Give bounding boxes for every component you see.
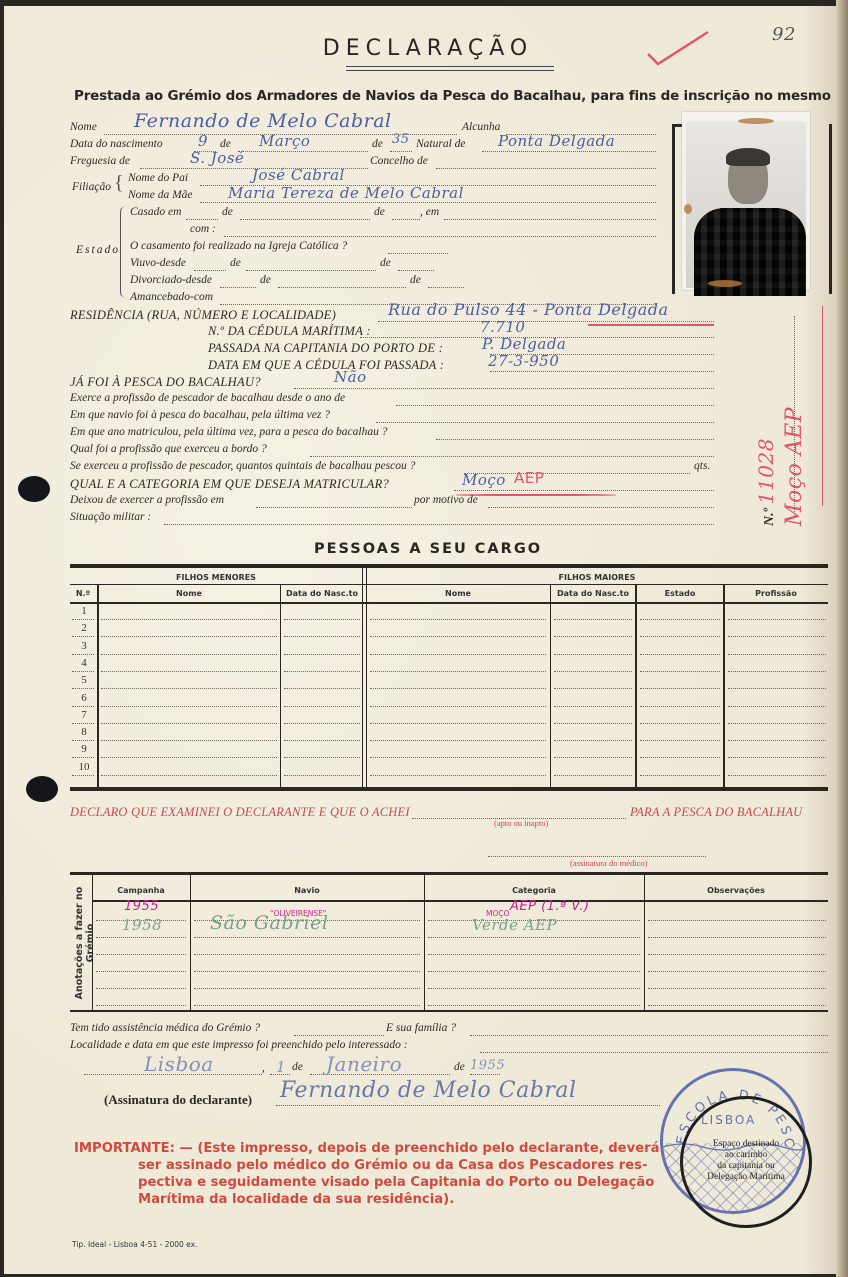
annotation-cell[interactable] [194, 988, 420, 989]
freguesia-field[interactable]: S. José [190, 149, 244, 167]
dependent-cell[interactable] [370, 740, 546, 741]
dependent-cell[interactable] [101, 775, 277, 776]
col-observacoes: Observações [644, 886, 828, 895]
militar-field[interactable] [164, 524, 714, 525]
col-nome-maior: Nome [366, 589, 550, 598]
annotation-cell[interactable] [96, 937, 186, 938]
title-underline [346, 66, 554, 71]
dependent-cell[interactable] [101, 636, 277, 637]
col-categoria: Categoria [424, 886, 644, 895]
dependent-cell[interactable] [554, 706, 632, 707]
ann-row2-navio[interactable]: São Gabriel [210, 912, 328, 934]
assinatura-field[interactable]: Fernando de Melo Cabral [280, 1078, 577, 1103]
annotation-cell[interactable] [428, 937, 640, 938]
printer-credit: Tip. Ideal - Lisboa 4-51 - 2000 ex. [72, 1240, 197, 1249]
cedula-label: N.º DA CÉDULA MARÍTIMA : [208, 324, 371, 339]
dependent-cell[interactable] [640, 740, 720, 741]
row-divider [72, 757, 94, 758]
capitania-field[interactable]: P. Delgada [482, 335, 566, 353]
dependent-cell[interactable] [554, 671, 632, 672]
id-photo [682, 112, 810, 290]
col-nome-menor: Nome [98, 589, 280, 598]
row-number: 5 [72, 674, 96, 686]
assistencia-field[interactable] [294, 1035, 384, 1036]
annotation-cell[interactable] [648, 971, 826, 972]
dependent-cell[interactable] [554, 619, 632, 620]
annotation-cell[interactable] [194, 954, 420, 955]
dependent-cell[interactable] [284, 723, 360, 724]
cedula-field[interactable]: 7.710 [480, 318, 525, 336]
dependent-cell[interactable] [370, 636, 546, 637]
row-divider [72, 671, 94, 672]
page-edge [836, 0, 848, 1277]
nome-field[interactable]: Fernando de Melo Cabral [134, 110, 392, 132]
dependent-cell[interactable] [640, 671, 720, 672]
annotation-cell[interactable] [96, 954, 186, 955]
assinatura-medico-field[interactable] [488, 856, 706, 857]
dependent-cell[interactable] [728, 619, 826, 620]
concelho-field[interactable] [436, 168, 656, 169]
annotation-cell[interactable] [96, 1005, 186, 1006]
categoria-label: QUAL E A CATEGORIA EM QUE DESEJA MATRICU… [70, 477, 389, 492]
natural-label: Natural de [416, 138, 466, 150]
dependent-cell[interactable] [101, 671, 277, 672]
deixou-label: Deixou de exercer a profissão em [70, 494, 224, 506]
ano-field[interactable]: 1955 [470, 1058, 505, 1073]
dependent-cell[interactable] [640, 654, 720, 655]
dependent-cell[interactable] [640, 636, 720, 637]
form-page: 92 DECLARAÇÃO Prestada ao Grémio dos Arm… [4, 6, 836, 1274]
ann-row1-campanha[interactable]: 1955 [124, 899, 159, 914]
row-divider [72, 723, 94, 724]
dependent-cell[interactable] [640, 757, 720, 758]
dependent-cell[interactable] [728, 757, 826, 758]
divorciado-field[interactable] [428, 287, 464, 288]
residencia-label: RESIDÊNCIA (RUA, NÚMERO E LOCALIDADE) [70, 308, 336, 323]
navio-label: Em que navio foi à pesca do bacalhau, pe… [70, 409, 330, 421]
dependent-cell[interactable] [640, 688, 720, 689]
qts-label: qts. [694, 460, 710, 472]
col-navio: Navio [190, 886, 424, 895]
col-campanha: Campanha [92, 886, 190, 895]
annotation-cell[interactable] [648, 1005, 826, 1006]
row-divider [72, 654, 94, 655]
filhos-maiores-header: FILHOS MAIORES [366, 573, 828, 582]
col-estado: Estado [636, 589, 724, 598]
dependent-cell[interactable] [370, 706, 546, 707]
para-pesca-text: PARA A PESCA DO BACALHAU [630, 805, 802, 820]
localidade-label: Localidade e data em que este impresso f… [70, 1039, 408, 1051]
de-label: de [230, 257, 241, 269]
dependent-cell[interactable] [284, 706, 360, 707]
nascimento-label: Data do nascimento [70, 138, 163, 150]
nome-label: Nome [70, 121, 97, 133]
concelho-label: Concelho de [370, 155, 428, 167]
annotation-cell[interactable] [648, 988, 826, 989]
row-divider [72, 636, 94, 637]
dependent-cell[interactable] [101, 654, 277, 655]
dependent-cell[interactable] [728, 654, 826, 655]
dependent-cell[interactable] [554, 740, 632, 741]
importante-note: IMPORTANTE: — (Este impresso, depois de … [74, 1140, 684, 1208]
motivo-field[interactable] [488, 507, 714, 508]
dependent-cell[interactable] [728, 671, 826, 672]
row-number: 10 [72, 761, 96, 773]
dependent-cell[interactable] [728, 688, 826, 689]
dependent-cell[interactable] [554, 757, 632, 758]
row-number: 6 [72, 692, 96, 704]
nascimento-mes-field[interactable]: Março [259, 132, 310, 150]
dependent-cell[interactable] [284, 757, 360, 758]
apto-hint: (apto ou inapto) [494, 818, 548, 828]
de-label: de [292, 1061, 303, 1073]
de-label: de [410, 274, 421, 286]
ja-foi-field[interactable]: Não [334, 368, 367, 386]
mes-field[interactable]: Janeiro [326, 1052, 402, 1076]
dia-field[interactable]: 1 [276, 1058, 286, 1076]
dependent-cell[interactable] [554, 654, 632, 655]
annotation-cell[interactable] [648, 954, 826, 955]
dependent-cell[interactable] [284, 636, 360, 637]
dependent-cell[interactable] [640, 775, 720, 776]
ano-label: Em que ano matriculou, pela última vez, … [70, 426, 388, 438]
categoria-field[interactable]: Moço [462, 471, 506, 489]
dependent-cell[interactable] [640, 706, 720, 707]
annotation-cell[interactable] [428, 954, 640, 955]
navio-field[interactable] [376, 422, 714, 423]
annotation-cell[interactable] [194, 1005, 420, 1006]
dependent-cell[interactable] [101, 740, 277, 741]
dependent-cell[interactable] [101, 706, 277, 707]
capitania-label: PASSADA NA CAPITANIA DO PORTO DE : [208, 341, 443, 356]
pai-field[interactable]: José Cabral [252, 166, 345, 184]
alcunha-label: Alcunha [462, 121, 500, 133]
ano-field[interactable] [436, 439, 714, 440]
quintais-label: Se exerceu a profissão de pescador, quan… [70, 460, 415, 472]
dependent-cell[interactable] [640, 619, 720, 620]
dependent-cell[interactable] [101, 723, 277, 724]
dependent-cell[interactable] [370, 775, 546, 776]
row-number: 2 [72, 622, 96, 634]
row-number: 4 [72, 657, 96, 669]
casado-label: Casado em [130, 206, 181, 218]
dependent-cell[interactable] [370, 671, 546, 672]
assistencia-label: Tem tido assistência médica do Grémio ? [70, 1022, 260, 1034]
declaro-text: DECLARO QUE EXAMINEI O DECLARANTE E QUE … [70, 805, 410, 820]
dependent-cell[interactable] [728, 740, 826, 741]
assinatura-label: (Assinatura do declarante) [104, 1092, 252, 1108]
exerce-label: Exerce a profissão de pescador de bacalh… [70, 392, 345, 404]
data-cedula-label: DATA EM QUE A CÉDULA FOI PASSADA : [208, 358, 444, 373]
dependent-cell[interactable] [554, 636, 632, 637]
dependent-cell[interactable] [728, 636, 826, 637]
nascimento-dia-field[interactable]: 9 [198, 132, 208, 150]
militar-label: Situação militar : [70, 511, 151, 523]
row-number: 3 [72, 640, 96, 652]
dependent-cell[interactable] [728, 775, 826, 776]
com-field[interactable] [224, 236, 656, 237]
dependent-cell[interactable] [370, 654, 546, 655]
page-title: DECLARAÇÃO [4, 36, 848, 61]
em-label: , em [420, 206, 439, 218]
dependent-cell[interactable] [640, 723, 720, 724]
de-label: de [222, 206, 233, 218]
nascimento-ano-field[interactable]: 35 [392, 132, 410, 147]
casado-field[interactable] [444, 219, 656, 220]
binder-hole-top [18, 476, 50, 502]
binder-hole-bottom [26, 776, 58, 802]
dependent-cell[interactable] [284, 654, 360, 655]
ann-row2-campanha[interactable]: 1958 [122, 916, 162, 934]
dependent-cell[interactable] [370, 688, 546, 689]
divorciado-label: Divorciado-desde [130, 274, 212, 286]
de-label: de [372, 138, 383, 150]
residencia-field[interactable]: Rua do Pulso 44 - Ponta Delgada [388, 300, 669, 319]
pai-label: Nome do Pai [128, 172, 188, 184]
filhos-menores-header: FILHOS MENORES [70, 573, 362, 582]
row-number: 7 [72, 709, 96, 721]
row-divider [72, 706, 94, 707]
dependent-cell[interactable] [284, 740, 360, 741]
row-number: 9 [72, 743, 96, 755]
mae-label: Nome da Mãe [128, 189, 193, 201]
dependent-cell[interactable] [370, 619, 546, 620]
row-divider [72, 740, 94, 741]
dependent-cell[interactable] [101, 757, 277, 758]
natural-field[interactable]: Ponta Delgada [498, 132, 615, 150]
dependent-cell[interactable] [728, 706, 826, 707]
col-profissao: Profissão [724, 589, 828, 598]
viuvo-field[interactable] [398, 270, 434, 271]
profissao-field[interactable] [310, 456, 714, 457]
annotation-cell[interactable] [428, 971, 640, 972]
capitania-stamp-area: Espaço destinado ao carimbo da capitania… [680, 1096, 812, 1228]
data-cedula-field[interactable]: 27-3-950 [488, 352, 559, 370]
mae-field[interactable]: Maria Tereza de Melo Cabral [228, 184, 464, 202]
profissao-label: Qual foi a profissão que exerceu a bordo… [70, 443, 267, 455]
freguesia-label: Freguesia de [70, 155, 130, 167]
familia-field[interactable] [470, 1035, 828, 1036]
dependent-cell[interactable] [554, 688, 632, 689]
ann-row2-categoria[interactable]: Verde AEP [472, 916, 557, 934]
local-field[interactable]: Lisboa [144, 1052, 214, 1076]
de-label: de [454, 1061, 465, 1073]
dependent-cell[interactable] [370, 757, 546, 758]
annotation-cell[interactable] [648, 920, 826, 921]
col-num: N.º [70, 589, 96, 598]
row-number: 8 [72, 726, 96, 738]
familia-label: E sua família ? [386, 1022, 456, 1034]
dependent-cell[interactable] [370, 723, 546, 724]
categoria-field-red: AEP [514, 469, 544, 487]
annotation-cell[interactable] [194, 971, 420, 972]
annotation-cell[interactable] [96, 971, 186, 972]
side-registration-note: N.º 11028 Moço AEP [754, 316, 814, 526]
estado-label: Estado [76, 244, 120, 256]
col-data-menor: Data do Nasc.to [282, 589, 362, 598]
dependent-cell[interactable] [728, 723, 826, 724]
de-label: de [380, 257, 391, 269]
dependent-cell[interactable] [554, 775, 632, 776]
assinatura-medico-hint: (assinatura do médico) [570, 858, 647, 868]
annotation-cell[interactable] [194, 937, 420, 938]
dependent-cell[interactable] [284, 775, 360, 776]
col-data-maior: Data do Nasc.to [550, 589, 636, 598]
viuvo-label: Viuvo-desde [130, 257, 186, 269]
annotation-cell[interactable] [428, 1005, 640, 1006]
dependents-title: PESSOAS A SEU CARGO [4, 541, 848, 557]
ja-foi-label: JÁ FOI À PESCA DO BACALHAU? [70, 375, 261, 390]
igreja-label: O casamento foi realizado na Igreja Cató… [130, 240, 347, 252]
filiacao-label: Filiação [72, 181, 111, 193]
dependent-cell[interactable] [284, 671, 360, 672]
de-label: de [374, 206, 385, 218]
annotation-cell[interactable] [96, 988, 186, 989]
row-divider [72, 775, 94, 776]
amancebado-label: Amancebado-com [130, 291, 213, 303]
motivo-label: por motivo de [414, 494, 478, 506]
dependent-cell[interactable] [101, 619, 277, 620]
row-divider [72, 619, 94, 620]
deixou-field[interactable] [256, 507, 412, 508]
dependent-cell[interactable] [554, 723, 632, 724]
ann-row1-categoria[interactable]: AEP (1.ª V.) [510, 899, 589, 914]
row-number: 1 [72, 605, 96, 617]
annotation-cell[interactable] [648, 937, 826, 938]
dependent-cell[interactable] [284, 619, 360, 620]
exerce-field[interactable] [396, 405, 714, 406]
row-divider [72, 688, 94, 689]
igreja-field[interactable] [388, 253, 448, 254]
dependent-cell[interactable] [284, 688, 360, 689]
dependent-cell[interactable] [101, 688, 277, 689]
com-label: com : [190, 223, 216, 235]
form-subtitle: Prestada ao Grémio dos Armadores de Navi… [74, 88, 831, 104]
de-label: de [260, 274, 271, 286]
annotation-cell[interactable] [428, 988, 640, 989]
